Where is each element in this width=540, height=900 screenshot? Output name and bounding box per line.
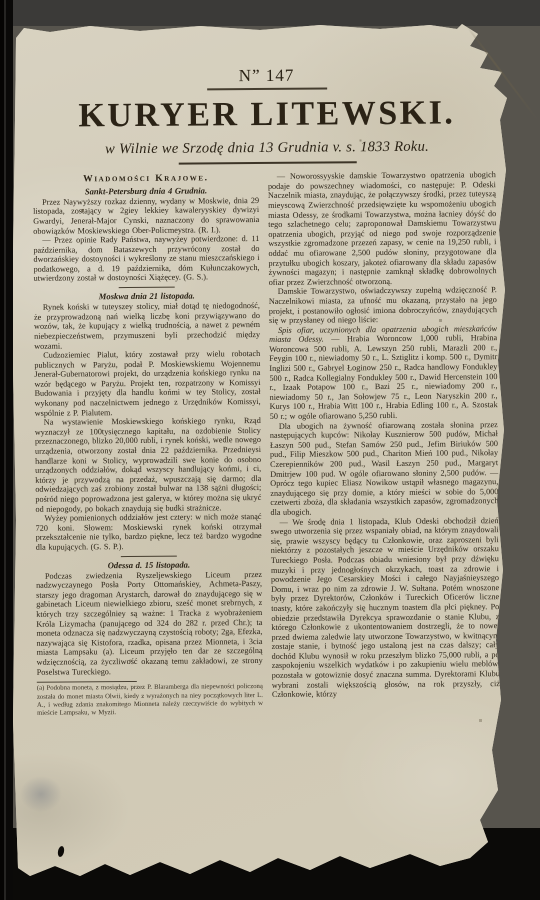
left-column: Wiadomości Krajowe.Sankt-Petersburg dnia…	[33, 172, 263, 718]
section-divider	[121, 555, 177, 556]
section-title: Wiadomości Krajowe.	[33, 172, 259, 185]
footnote-text: (a) Podobna moneta, z mosiądzu, przez P.…	[37, 683, 263, 719]
dateline-rule	[178, 161, 356, 165]
news-columns: Wiadomości Krajowe.Sankt-Petersburg dnia…	[33, 170, 506, 718]
scan-top-band	[0, 0, 540, 26]
paragraph: Damskie Towarzystwo, oświadczywszy zupeł…	[269, 285, 497, 325]
newspaper-title: KURYER LITEWSKI.	[32, 95, 501, 134]
newspaper-page: N” 147 KURYER LITEWSKI. w Wilnie we Srzo…	[10, 20, 512, 880]
page-content: N” 147 KURYER LITEWSKI. w Wilnie we Srzo…	[7, 18, 516, 882]
paragraph: — Noworossyyskie damskie Towarzystwo opa…	[268, 170, 497, 287]
paragraph: Wyżey pomienionych oddziałów jest cztery…	[35, 512, 261, 552]
paragraph: Przez Naywyższy rozkaz dzienny, wydany w…	[33, 196, 259, 236]
paragraph: Podczas zwiedzenia Ryszeljewskiego Liceu…	[36, 570, 263, 677]
left-column-articles: Wiadomości Krajowe.Sankt-Petersburg dnia…	[33, 172, 263, 677]
place-date-heading: Moskwa dnia 21 listopada.	[34, 290, 260, 302]
paragraph: Na wystawienie Moskiewskiego końskiego r…	[35, 416, 262, 514]
scanned-newspaper-screenshot: { "scan": { "backdrop_color": "#57544d",…	[0, 0, 540, 900]
place-date-heading: Odessa d. 15 listopada.	[36, 559, 262, 571]
paragraph: Cudzoziemiec Pialut, który zostawał przy…	[34, 349, 261, 418]
right-column: — Noworossyyskie damskie Towarzystwo opa…	[268, 170, 500, 716]
place-date-heading: Sankt-Petersburg dnia 4 Grudnia.	[33, 185, 259, 197]
paragraph: — We środę dnia 1 listopada, Klub Odeski…	[271, 516, 500, 700]
paper-smudge	[20, 776, 62, 812]
masthead: N” 147 KURYER LITEWSKI. w Wilnie we Srzo…	[32, 64, 502, 166]
paragraph: — Przez opinie Rady Państwa, naywyżey po…	[33, 234, 259, 284]
paragraph: Dla ubogich na żywność ofiarowaną został…	[270, 420, 499, 518]
scanner-left-edge	[0, 0, 13, 900]
issue-number: N” 147	[32, 64, 501, 88]
edition-dateline: w Wilnie we Srzodę dnia 13 Grudnia v. s.…	[33, 138, 502, 159]
issue-number-rule	[207, 87, 327, 90]
paragraph: Spis ofiar, uczynionych dla opatrzenia u…	[269, 324, 498, 422]
paragraph: Rynek koński w tuteyszey stolicy, miał d…	[34, 301, 260, 351]
footnote-rule	[37, 681, 137, 683]
section-divider	[119, 287, 175, 288]
